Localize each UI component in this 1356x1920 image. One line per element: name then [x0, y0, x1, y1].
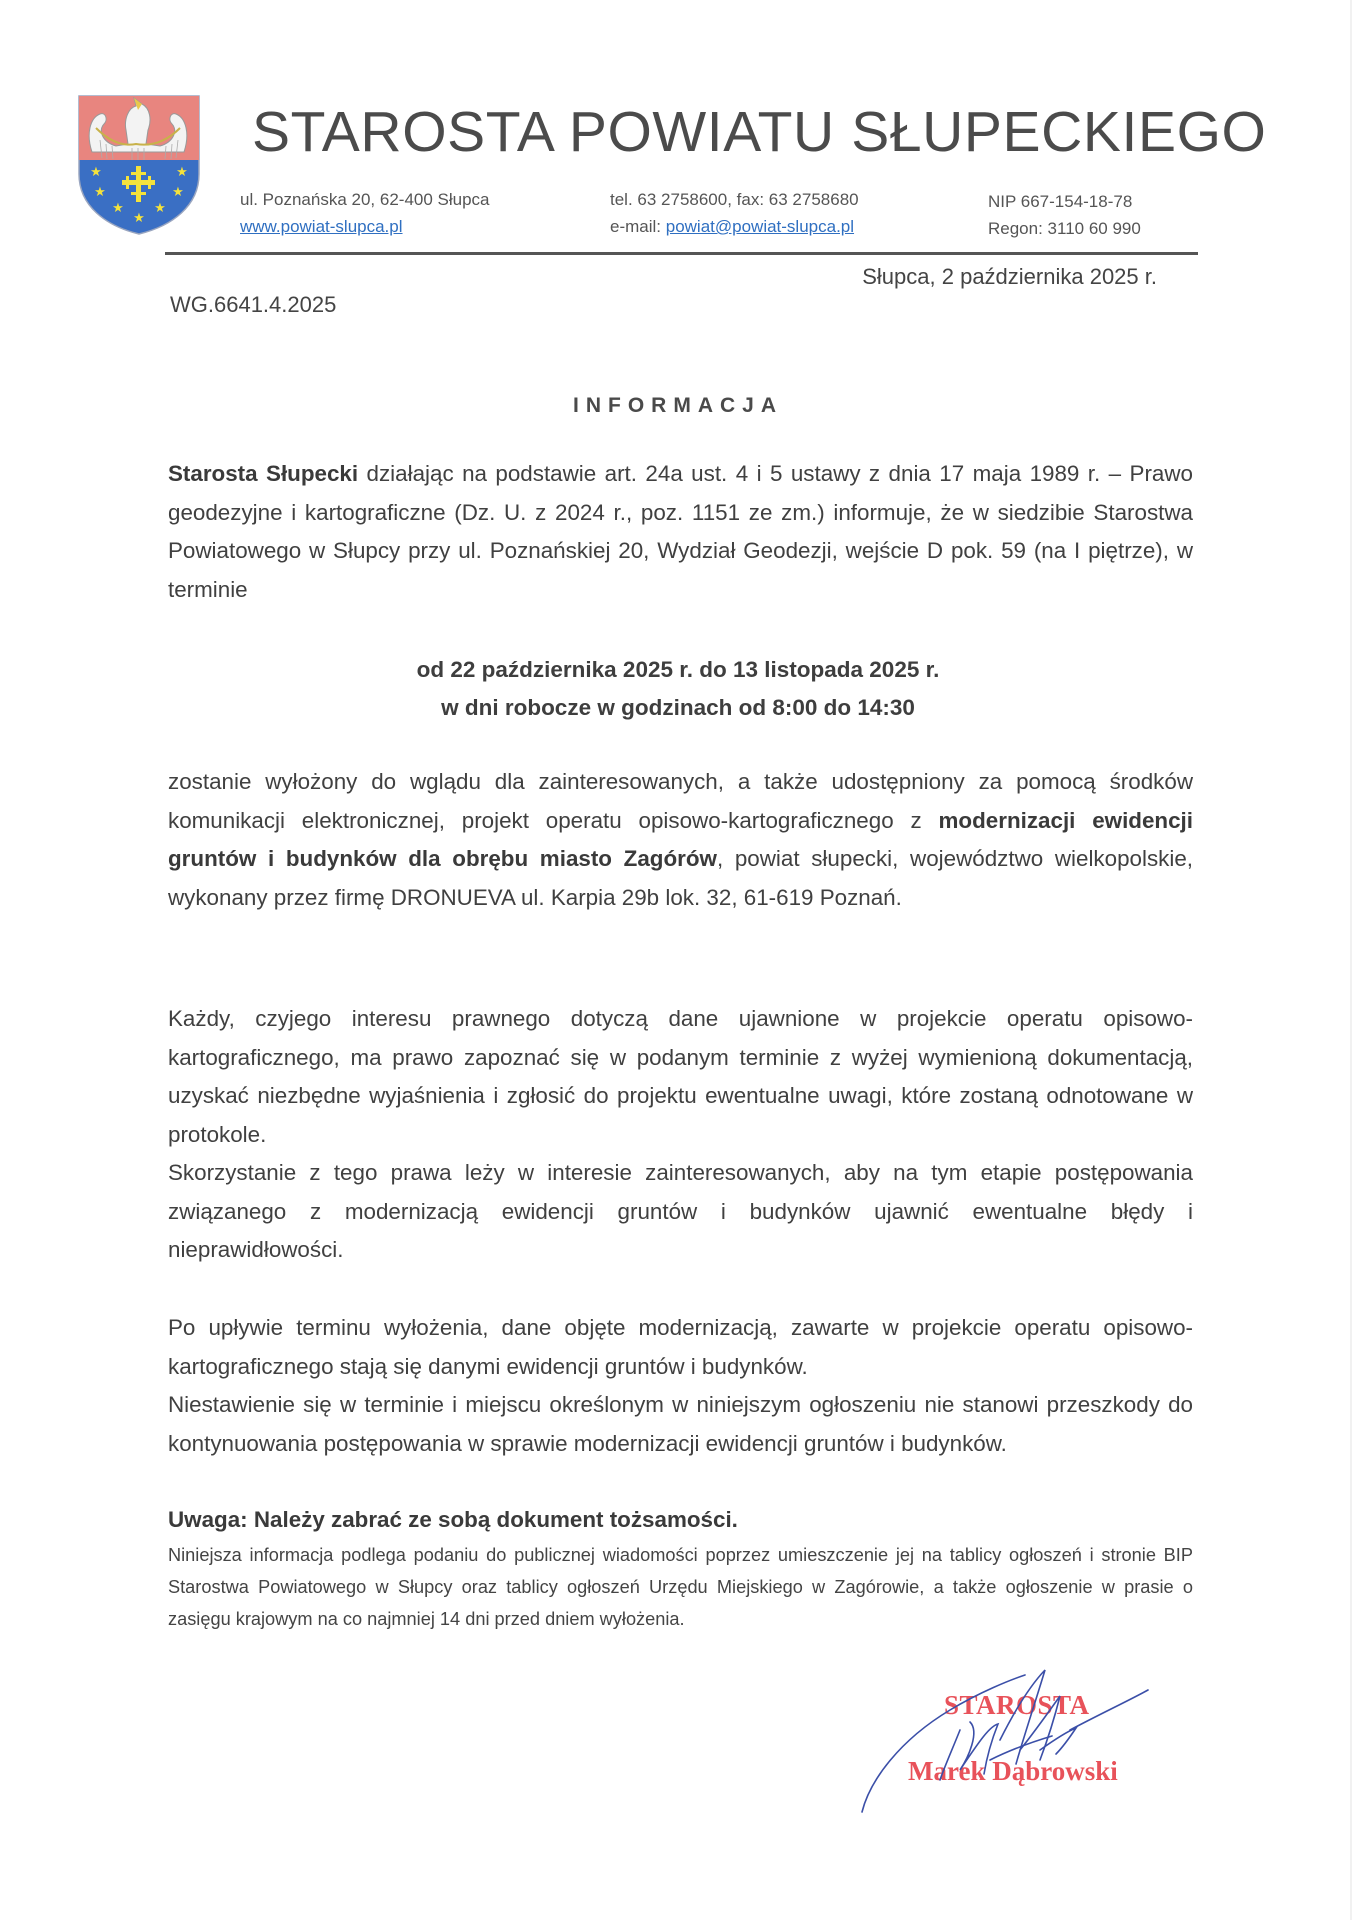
address-text: ul. Poznańska 20, 62-400 Słupca	[240, 186, 490, 213]
svg-text:★: ★	[176, 165, 188, 180]
email-link[interactable]: powiat@powiat-slupca.pl	[666, 217, 854, 236]
hours-line: w dni robocze w godzinach od 8:00 do 14:…	[0, 689, 1356, 727]
absence-paragraph: Niestawienie się w terminie i miejscu ok…	[168, 1386, 1193, 1463]
tax-ids-block: NIP 667-154-18-78 Regon: 3110 60 990	[988, 188, 1141, 242]
svg-text:★: ★	[90, 165, 102, 180]
svg-text:★: ★	[154, 201, 166, 216]
svg-text:★: ★	[172, 185, 184, 200]
website-link[interactable]: www.powiat-slupca.pl	[240, 217, 403, 236]
period-line: od 22 października 2025 r. do 13 listopa…	[0, 651, 1356, 689]
institution-title: STAROSTA POWIATU SŁUPECKIEGO	[252, 104, 1266, 161]
address-block: ul. Poznańska 20, 62-400 Słupca www.powi…	[240, 186, 490, 240]
page-edge	[1350, 0, 1352, 1920]
rights-paragraph: Każdy, czyjego interesu prawnego dotyczą…	[168, 1000, 1193, 1154]
svg-text:★: ★	[94, 185, 106, 200]
intro-paragraph: Starosta Słupecki działając na podstawie…	[168, 455, 1193, 609]
regon-text: Regon: 3110 60 990	[988, 215, 1141, 242]
phone-fax-text: tel. 63 2758600, fax: 63 2758680	[610, 186, 859, 213]
place-date: Słupca, 2 października 2025 r.	[862, 264, 1157, 290]
svg-text:★: ★	[133, 211, 145, 226]
svg-text:★: ★	[112, 201, 124, 216]
handwritten-signature-icon	[840, 1640, 1160, 1820]
benefit-paragraph: Skorzystanie z tego prawa leży w interes…	[168, 1154, 1193, 1270]
after-period-paragraph: Po upływie terminu wyłożenia, dane objęt…	[168, 1309, 1193, 1386]
publication-note: Niniejsza informacja podlega podaniu do …	[168, 1539, 1193, 1635]
id-notice: Uwaga: Należy zabrać ze sobą dokument to…	[168, 1501, 1193, 1540]
header-divider	[165, 252, 1198, 255]
project-paragraph: zostanie wyłożony do wglądu dla zaintere…	[168, 763, 1193, 917]
nip-text: NIP 667-154-18-78	[988, 188, 1141, 215]
document-heading: INFORMACJA	[0, 394, 1356, 418]
coat-of-arms-icon: ★★ ★★ ★★ ★	[76, 94, 202, 236]
intro-bold: Starosta Słupecki	[168, 461, 358, 486]
contact-block: tel. 63 2758600, fax: 63 2758680 e-mail:…	[610, 186, 859, 240]
reference-number: WG.6641.4.2025	[170, 292, 336, 318]
email-label: e-mail:	[610, 217, 666, 236]
